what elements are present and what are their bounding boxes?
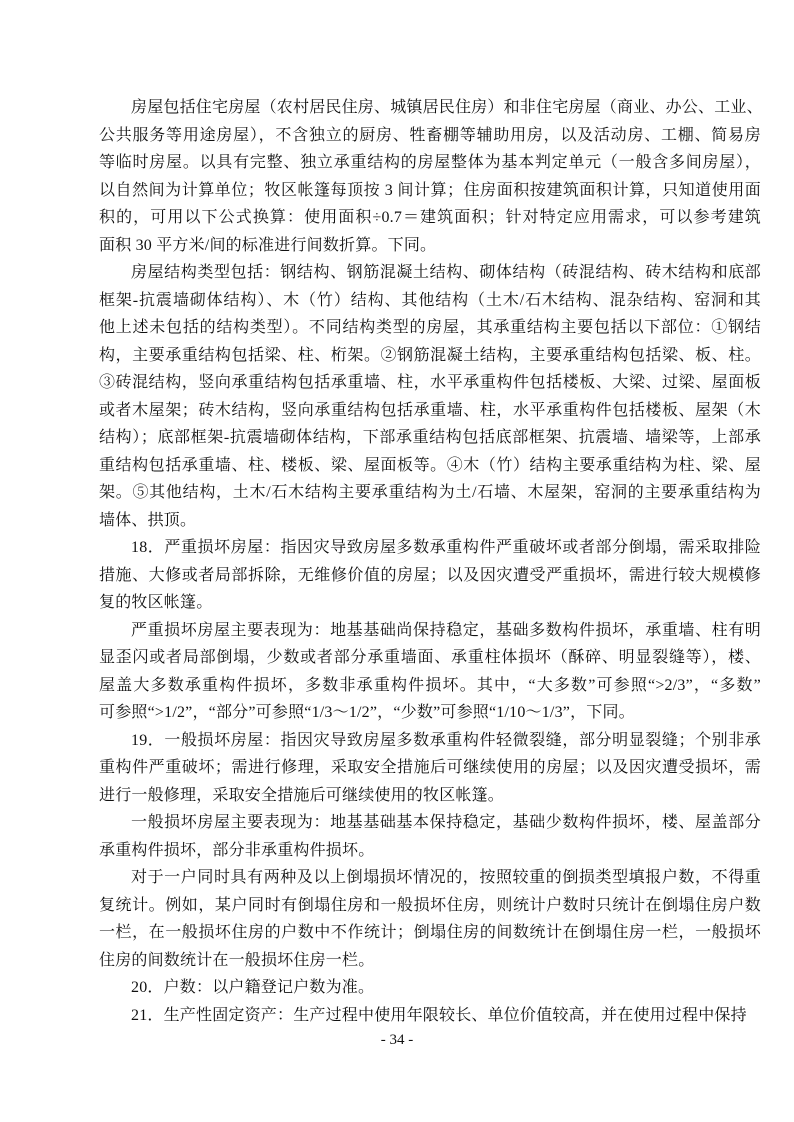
text-line: 一般损坏房屋主要表现为：地基基础基本保持稳定，基础少数构件损坏，楼、屋盖部分 — [99, 809, 761, 837]
text-line: 框架-抗震墙砌体结构）、木（竹）结构、其他结构（土木/石木结构、混杂结构、窑洞和… — [99, 287, 761, 315]
paragraph: 房屋包括住宅房屋（农村居民住房、城镇居民住房）和非住宅房屋（商业、办公、工业、公… — [99, 94, 761, 259]
text-line: 屋盖大多数承重构件损坏，多数非承重构件损坏。其中，“大多数”可参照“>2/3”，… — [99, 672, 761, 700]
text-line: 措施、大修或者局部拆除，无维修价值的房屋；以及因灾遭受严重损坏，需进行较大规模修 — [99, 562, 761, 590]
text-line: 21．生产性固定资产：生产过程中使用年限较长、单位价值较高，并在使用过程中保持 — [99, 1002, 761, 1030]
text-line: 架。⑤其他结构，土木/石木结构主要承重结构为土/石墙、木屋架，窑洞的主要承重结构… — [99, 479, 761, 507]
text-line: 重结构包括承重墙、柱、楼板、梁、屋面板等。④木（竹）结构主要承重结构为柱、梁、屋 — [99, 452, 761, 480]
text-line: 可参照“>1/2”，“部分”可参照“1/3～1/2”，“少数”可参照“1/10～… — [99, 699, 761, 727]
paragraph: 房屋结构类型包括：钢结构、钢筋混凝土结构、砌体结构（砖混结构、砖木结构和底部框架… — [99, 259, 761, 534]
text-line: 复的牧区帐篷。 — [99, 589, 761, 617]
text-line: 19．一般损坏房屋：指因灾导致房屋多数承重构件轻微裂缝，部分明显裂缝；个别非承 — [99, 727, 761, 755]
text-line: 房屋结构类型包括：钢结构、钢筋混凝土结构、砌体结构（砖混结构、砖木结构和底部 — [99, 259, 761, 287]
text-line: 严重损坏房屋主要表现为：地基基础尚保持稳定，基础多数构件损坏，承重墙、柱有明 — [99, 617, 761, 645]
text-line: 等临时房屋。以具有完整、独立承重结构的房屋整体为基本判定单元（一般含多间房屋）， — [99, 149, 761, 177]
text-line: 重构件严重破坏；需进行修理，采取安全措施后可继续使用的房屋；以及因灾遭受损坏，需 — [99, 754, 761, 782]
text-line: 显歪闪或者局部倒塌，少数或者部分承重墙面、承重柱体损坏（酥碎、明显裂缝等），楼、 — [99, 644, 761, 672]
text-line: 构，主要承重结构包括梁、柱、桁架。②钢筋混凝土结构，主要承重结构包括梁、板、柱。 — [99, 342, 761, 370]
text-line: 结构）；底部框架-抗震墙砌体结构，下部承重结构包括底部框架、抗震墙、墙梁等，上部… — [99, 424, 761, 452]
paragraph: 严重损坏房屋主要表现为：地基基础尚保持稳定，基础多数构件损坏，承重墙、柱有明显歪… — [99, 617, 761, 727]
document-content: 房屋包括住宅房屋（农村居民住房、城镇居民住房）和非住宅房屋（商业、办公、工业、公… — [99, 94, 761, 1029]
text-line: 以自然间为计算单位；牧区帐篷每顶按 3 间计算；住房面积按建筑面积计算，只知道使… — [99, 177, 761, 205]
page-number: - 34 - — [0, 1030, 794, 1050]
paragraph: 对于一户同时具有两种及以上倒塌损坏情况的，按照较重的倒损类型填报户数，不得重复统… — [99, 864, 761, 974]
paragraph: 21．生产性固定资产：生产过程中使用年限较长、单位价值较高，并在使用过程中保持 — [99, 1002, 761, 1030]
paragraph: 19．一般损坏房屋：指因灾导致房屋多数承重构件轻微裂缝，部分明显裂缝；个别非承重… — [99, 727, 761, 810]
paragraph: 18．严重损坏房屋：指因灾导致房屋多数承重构件严重破坏或者部分倒塌，需采取排险措… — [99, 534, 761, 617]
text-line: 20．户数：以户籍登记户数为准。 — [99, 974, 761, 1002]
text-line: 一栏，在一般损坏住房的户数中不作统计；倒塌住房的间数统计在倒塌住房一栏，一般损坏 — [99, 919, 761, 947]
text-line: 墙体、拱顶。 — [99, 507, 761, 535]
text-line: 对于一户同时具有两种及以上倒塌损坏情况的，按照较重的倒损类型填报户数，不得重 — [99, 864, 761, 892]
text-line: 公共服务等用途房屋），不含独立的厨房、牲畜棚等辅助用房，以及活动房、工棚、简易房 — [99, 122, 761, 150]
text-line: 住房的间数统计在一般损坏住房一栏。 — [99, 947, 761, 975]
text-line: 或者木屋架；砖木结构，竖向承重结构包括承重墙、柱，水平承重构件包括楼板、屋架（木 — [99, 397, 761, 425]
paragraph: 20．户数：以户籍登记户数为准。 — [99, 974, 761, 1002]
text-line: 他上述未包括的结构类型）。不同结构类型的房屋，其承重结构主要包括以下部位：①钢结 — [99, 314, 761, 342]
text-line: 面积 30 平方米/间的标准进行间数折算。下同。 — [99, 232, 761, 260]
text-line: 承重构件损坏，部分非承重构件损坏。 — [99, 837, 761, 865]
paragraph: 一般损坏房屋主要表现为：地基基础基本保持稳定，基础少数构件损坏，楼、屋盖部分承重… — [99, 809, 761, 864]
text-line: 进行一般修理，采取安全措施后可继续使用的牧区帐篷。 — [99, 782, 761, 810]
text-line: 复统计。例如，某户同时有倒塌住房和一般损坏住房，则统计户数时只统计在倒塌住房户数 — [99, 892, 761, 920]
text-line: 18．严重损坏房屋：指因灾导致房屋多数承重构件严重破坏或者部分倒塌，需采取排险 — [99, 534, 761, 562]
text-line: ③砖混结构，竖向承重结构包括承重墙、柱，水平承重构件包括楼板、大梁、过梁、屋面板 — [99, 369, 761, 397]
text-line: 积的，可用以下公式换算：使用面积÷0.7＝建筑面积；针对特定应用需求，可以参考建… — [99, 204, 761, 232]
text-line: 房屋包括住宅房屋（农村居民住房、城镇居民住房）和非住宅房屋（商业、办公、工业、 — [99, 94, 761, 122]
document-page: 房屋包括住宅房屋（农村居民住房、城镇居民住房）和非住宅房屋（商业、办公、工业、公… — [0, 0, 794, 1122]
